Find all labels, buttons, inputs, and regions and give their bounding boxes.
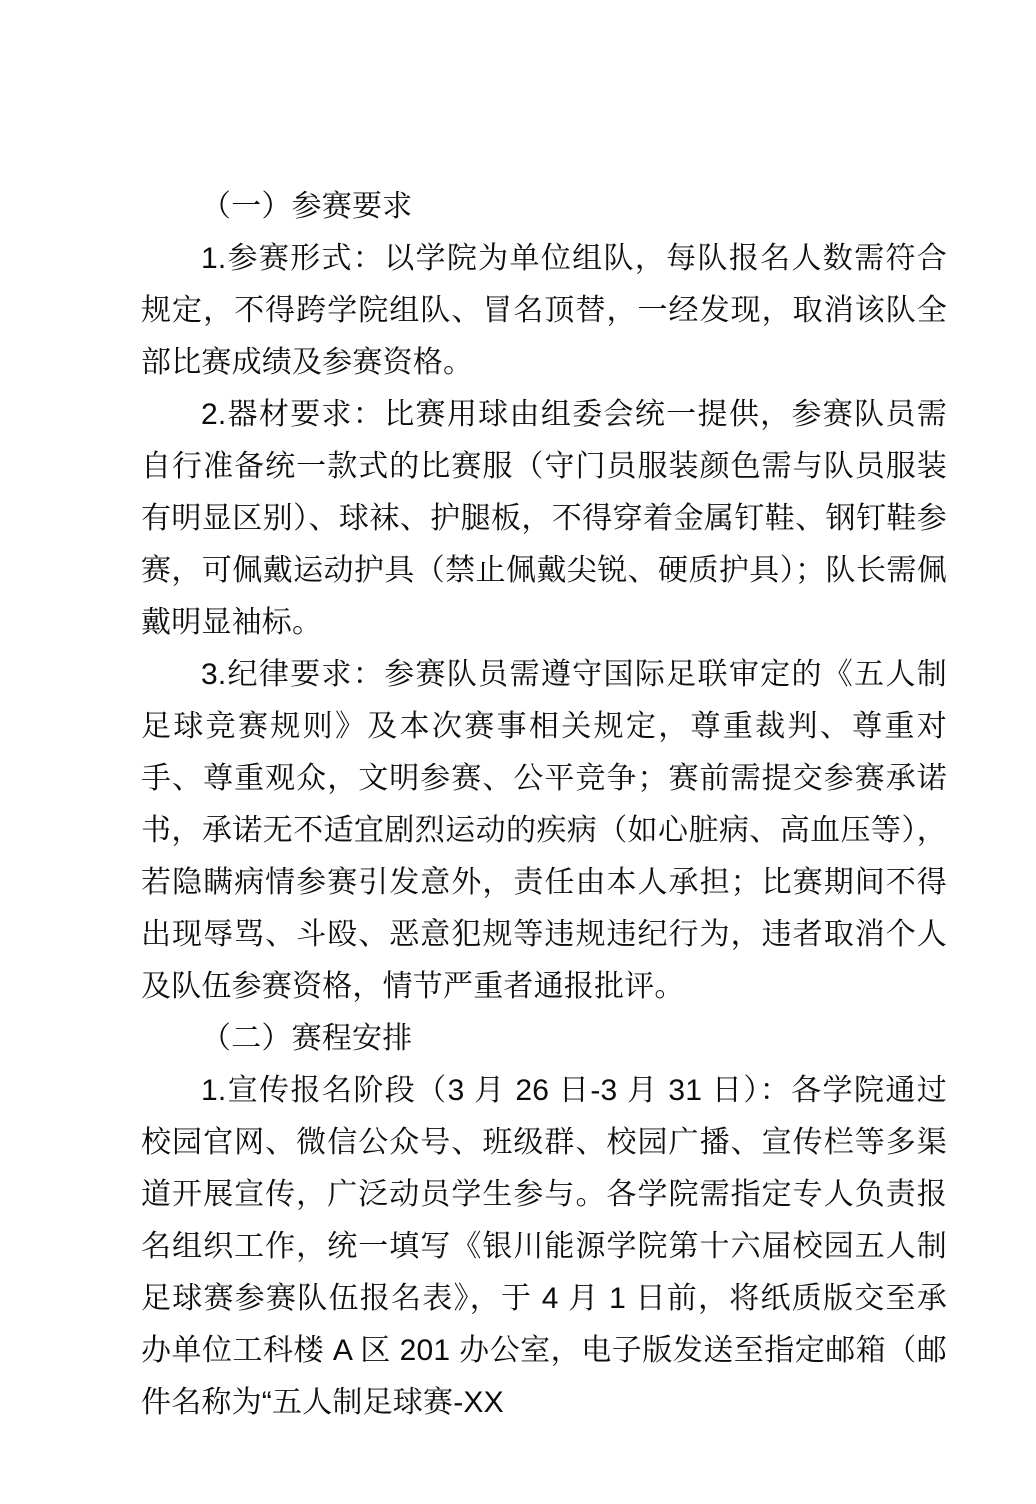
paragraph-equipment-requirements: 2.器材要求：比赛用球由组委会统一提供，参赛队员需自行准备统一款式的比赛服（守门… — [141, 389, 947, 649]
paragraph-registration-phase: 1.宣传报名阶段（3 月 26 日-3 月 31 日）：各学院通过校园官网、微信… — [141, 1065, 947, 1429]
paragraph-entry-format: 1.参赛形式：以学院为单位组队，每队报名人数需符合规定，不得跨学院组队、冒名顶替… — [141, 233, 947, 389]
document-body: （一）参赛要求 1.参赛形式：以学院为单位组队，每队报名人数需符合规定，不得跨学… — [141, 181, 947, 1429]
paragraph-discipline-requirements: 3.纪律要求：参赛队员需遵守国际足联审定的《五人制足球竞赛规则》及本次赛事相关规… — [141, 649, 947, 1013]
section-heading-participation-requirements: （一）参赛要求 — [141, 181, 947, 233]
section-heading-schedule-arrangement: （二）赛程安排 — [141, 1013, 947, 1065]
document-page: （一）参赛要求 1.参赛形式：以学院为单位组队，每队报名人数需符合规定，不得跨学… — [0, 0, 1036, 1504]
